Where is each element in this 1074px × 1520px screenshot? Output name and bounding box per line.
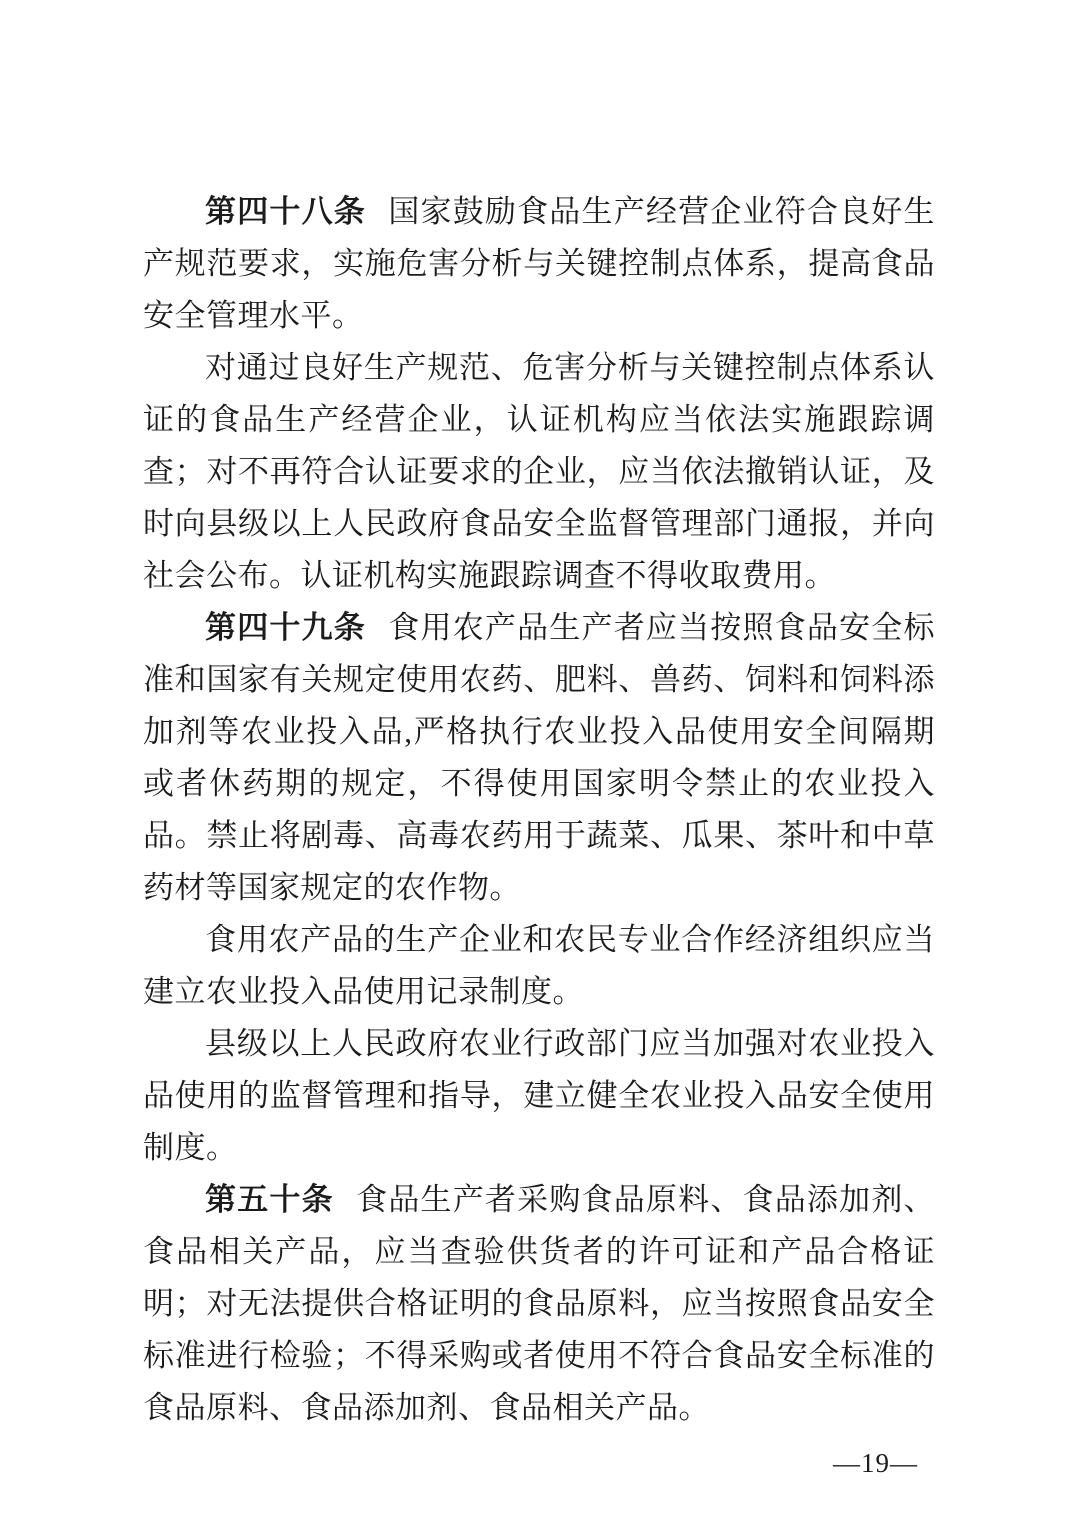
paragraph-text: 对通过良好生产规范、危害分析与关键控制点体系认证的食品生产经营企业，认证机构应当… (143, 350, 935, 593)
article-number: 第四十八条 (205, 194, 366, 229)
paragraph-text: 县级以上人民政府农业行政部门应当加强对农业投入品使用的监督管理和指导，建立健全农… (143, 1026, 935, 1165)
paragraph: 第四十八条国家鼓励食品生产经营企业符合良好生产规范要求，实施危害分析与关键控制点… (143, 186, 935, 342)
paragraph-text: 食品生产者采购食品原料、食品添加剂、食品相关产品，应当查验供货者的许可证和产品合… (143, 1182, 935, 1425)
text-block: 第四十八条国家鼓励食品生产经营企业符合良好生产规范要求，实施危害分析与关键控制点… (143, 186, 935, 1434)
article-number: 第四十九条 (205, 610, 366, 645)
document-page: 第四十八条国家鼓励食品生产经营企业符合良好生产规范要求，实施危害分析与关键控制点… (0, 0, 1074, 1520)
paragraph-text: 食用农产品的生产企业和农民专业合作经济组织应当建立农业投入品使用记录制度。 (143, 922, 935, 1009)
paragraph: 食用农产品的生产企业和农民专业合作经济组织应当建立农业投入品使用记录制度。 (143, 914, 935, 1018)
paragraph: 第五十条食品生产者采购食品原料、食品添加剂、食品相关产品，应当查验供货者的许可证… (143, 1174, 935, 1434)
paragraph-text: 食用农产品生产者应当按照食品安全标准和国家有关规定使用农药、肥料、兽药、饲料和饲… (143, 610, 935, 905)
paragraph: 县级以上人民政府农业行政部门应当加强对农业投入品使用的监督管理和指导，建立健全农… (143, 1018, 935, 1174)
article-number: 第五十条 (205, 1182, 334, 1217)
paragraph: 对通过良好生产规范、危害分析与关键控制点体系认证的食品生产经营企业，认证机构应当… (143, 342, 935, 602)
paragraph: 第四十九条食用农产品生产者应当按照食品安全标准和国家有关规定使用农药、肥料、兽药… (143, 602, 935, 914)
page-number: —19— (833, 1448, 918, 1479)
